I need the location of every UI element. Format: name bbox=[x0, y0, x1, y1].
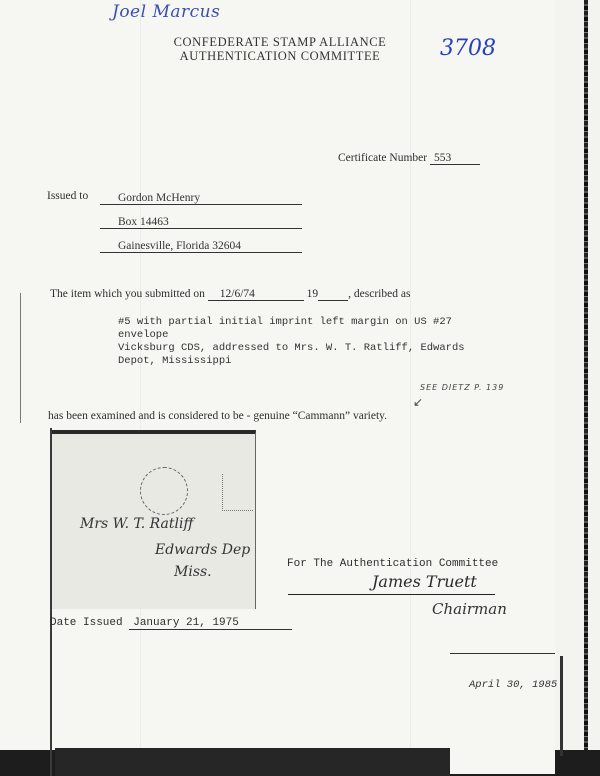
year-value bbox=[318, 288, 348, 301]
perforated-edge bbox=[584, 0, 588, 760]
arrow-icon: ↙ bbox=[413, 395, 423, 410]
stamp-imprint bbox=[222, 474, 253, 511]
date-issued-label: Date Issued bbox=[50, 617, 123, 629]
fold-crease bbox=[140, 0, 141, 776]
certificate-number-value: 553 bbox=[430, 152, 480, 165]
committee-name: AUTHENTICATION COMMITTEE bbox=[170, 49, 390, 63]
recipient-name-row: Gordon McHenry bbox=[100, 192, 302, 205]
attached-note-date: April 30, 1985 bbox=[469, 679, 557, 691]
certificate-number-label: Certificate Number bbox=[338, 152, 427, 164]
submission-date: 12/6/74 bbox=[208, 288, 304, 301]
attached-note-card bbox=[450, 653, 555, 774]
date-issued-row: Date Issued January 21, 1975 bbox=[50, 617, 292, 630]
recipient-name: Gordon McHenry bbox=[100, 192, 302, 205]
card-shadow bbox=[560, 656, 563, 756]
submission-prefix: The item which you submitted on bbox=[50, 288, 205, 300]
opinion-statement: has been examined and is considered to b… bbox=[48, 410, 387, 422]
margin-line bbox=[20, 293, 21, 423]
scan-shadow bbox=[55, 748, 450, 776]
postmark-circle bbox=[140, 467, 188, 515]
signature-block-label: For The Authentication Committee bbox=[287, 558, 498, 570]
recipient-address-line2: Gainesville, Florida 32604 bbox=[100, 240, 302, 253]
fold-crease bbox=[410, 0, 411, 776]
document-header: CONFEDERATE STAMP ALLIANCE AUTHENTICATIO… bbox=[170, 35, 390, 63]
recipient-city-row: Gainesville, Florida 32604 bbox=[100, 240, 302, 253]
cover-photocopy: Mrs W. T. Ratliff Edwards Dep Miss. bbox=[52, 430, 256, 609]
issued-to-label: Issued to bbox=[47, 190, 88, 202]
chairman-signature: James Truett bbox=[372, 572, 477, 591]
signature-title: Chairman bbox=[432, 600, 507, 618]
submission-suffix: , described as bbox=[348, 288, 410, 300]
submission-row: The item which you submitted on 12/6/74 … bbox=[50, 288, 410, 301]
recipient-address-row: Box 14463 bbox=[100, 216, 302, 229]
handwritten-reference-number: 3708 bbox=[440, 36, 496, 61]
date-issued-value: January 21, 1975 bbox=[129, 617, 292, 630]
cover-address-line: Miss. bbox=[174, 564, 212, 580]
year-label: 19 bbox=[307, 288, 319, 300]
certificate-number-row: Certificate Number 553 bbox=[338, 152, 480, 165]
item-description: #5 with partial initial imprint left mar… bbox=[118, 316, 498, 368]
recipient-address-line1: Box 14463 bbox=[100, 216, 302, 229]
handwritten-margin-note: SEE DIETZ P. 139 bbox=[420, 383, 504, 392]
cover-address-line: Mrs W. T. Ratliff bbox=[80, 516, 193, 532]
signature-line bbox=[288, 594, 495, 595]
cover-address-line: Edwards Dep bbox=[155, 542, 250, 558]
organization-name: CONFEDERATE STAMP ALLIANCE bbox=[170, 35, 390, 49]
handwritten-owner-name: Joel Marcus bbox=[112, 2, 220, 22]
